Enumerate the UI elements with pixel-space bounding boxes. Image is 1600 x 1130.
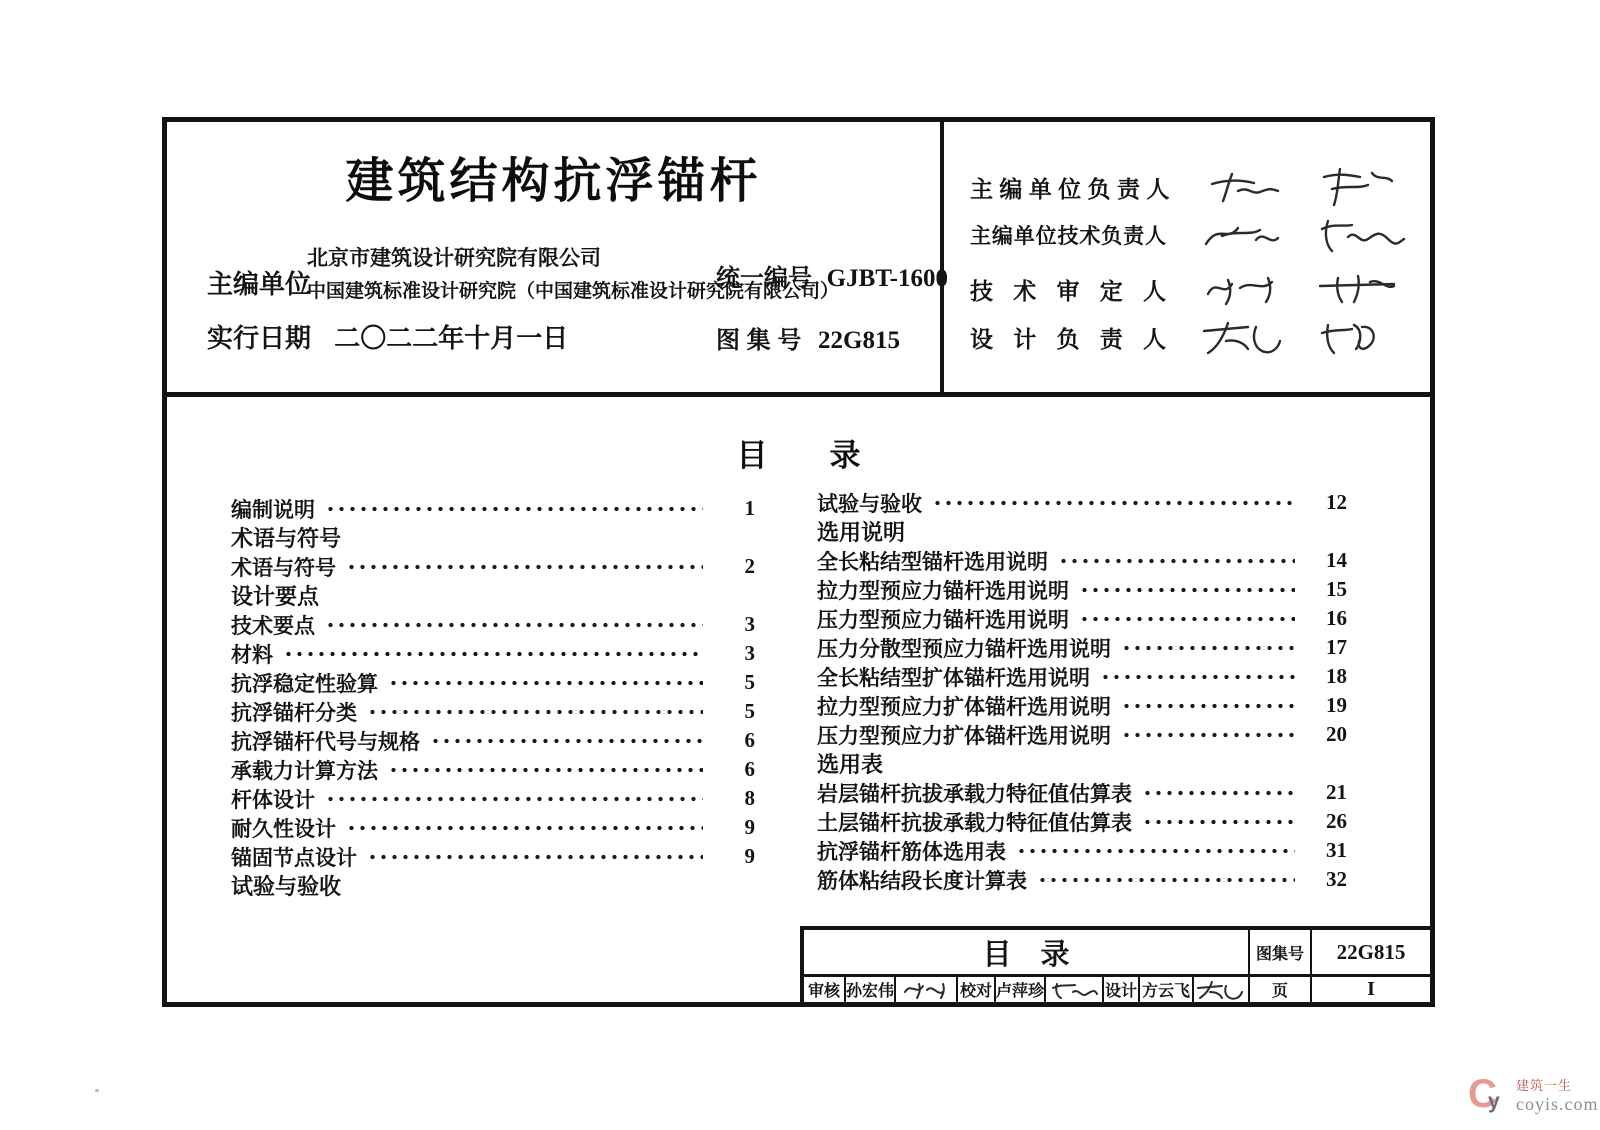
atlas-number-label: 图 集 号 (716, 327, 801, 354)
toc-entry-label: 拉力型预应力扩体锚杆选用说明 (817, 691, 1111, 721)
toc-entry-page: 18 (1303, 664, 1347, 689)
toc-entry-label: 土层锚杆抗拔承载力特征值估算表 (817, 807, 1132, 837)
dot-leader (325, 494, 703, 523)
toc-entry: 术语与符号 (231, 523, 755, 552)
signature-scribble (1314, 165, 1400, 209)
signature-row-design-lead: 设 计 负 责 人 (970, 316, 1384, 358)
toc-entry: 设计要点 (231, 581, 755, 610)
toc-entry-page: 31 (1303, 838, 1347, 863)
toc-column-right: 试验与验收 12 选用说明 全长粘结型锚杆选用说明 14 拉力型预应力锚杆选用说… (817, 488, 1347, 894)
toc-column-left: 编制说明 1 术语与符号 术语与符号 2 设计要点 技术要点 3 材料 (231, 494, 755, 900)
dot-leader (1100, 662, 1295, 691)
watermark-site: coyis.com (1516, 1094, 1599, 1115)
toc-entry-label: 试验与验收 (231, 870, 341, 901)
signature-row-label: 设 计 负 责 人 (970, 321, 1166, 354)
effective-date-row: 实行日期 二〇二二年十月一日 (207, 318, 568, 355)
toc-entry-page: 32 (1303, 867, 1347, 892)
dot-leader (1142, 807, 1295, 836)
dot-leader (367, 697, 703, 726)
signature-scribble (1198, 270, 1290, 308)
toc-entry-label: 全长粘结型扩体锚杆选用说明 (817, 662, 1090, 692)
toc-entry-page: 1 (711, 496, 755, 521)
dot-leader (1016, 836, 1295, 865)
signature-scribble (1198, 317, 1290, 357)
dot-leader (283, 639, 703, 668)
toc-entry: 拉力型预应力扩体锚杆选用说明 19 (817, 691, 1347, 720)
editor-unit-label: 主编单位 (207, 264, 311, 301)
dot-leader (325, 784, 703, 813)
toc-entry: 拉力型预应力锚杆选用说明 15 (817, 575, 1347, 604)
toc-entry: 土层锚杆抗拔承载力特征值估算表 26 (817, 807, 1347, 836)
dot-leader (346, 552, 703, 581)
toc-entry-page: 17 (1303, 635, 1347, 660)
toc-entry: 杆体设计 8 (231, 784, 755, 813)
page-number: I (1312, 977, 1430, 1002)
toc-entry: 抗浮稳定性验算 5 (231, 668, 755, 697)
signature-row-chief: 主 编 单 位 负 责 人 (970, 166, 1400, 208)
dot-leader (1121, 691, 1295, 720)
signature-row-chief-tech: 主编单位技术负责人 (970, 214, 1410, 256)
dot-leader (388, 668, 703, 697)
toc-entry: 耐久性设计 9 (231, 813, 755, 842)
toc-entry-label: 选用表 (817, 748, 883, 779)
toc-entry-page: 5 (711, 670, 755, 695)
scan-speck (95, 1089, 99, 1092)
toc-title: 目 录 (167, 430, 1430, 475)
toc-entry-label: 全长粘结型锚杆选用说明 (817, 546, 1048, 576)
toc-entry: 全长粘结型锚杆选用说明 14 (817, 546, 1347, 575)
signature-row-tech-approver: 技 术 审 定 人 (970, 268, 1400, 310)
atlas-number-value: 22G815 (818, 327, 900, 354)
toc-entry-label: 承载力计算方法 (231, 755, 378, 785)
signature-scribble (1314, 317, 1384, 357)
toc-entry-page: 19 (1303, 693, 1347, 718)
toc-entry-page: 15 (1303, 577, 1347, 602)
toc-entry-label: 选用说明 (817, 516, 905, 547)
title-block-row-bottom: 审核 孙宏伟 校对 卢萍珍 设计 方云飞 页 I (804, 977, 1430, 1002)
effective-date-label: 实行日期 (207, 323, 311, 353)
dot-leader (430, 726, 703, 755)
toc-entry-page: 5 (711, 699, 755, 724)
toc-entry-label: 锚固节点设计 (231, 842, 357, 872)
signature-scribble (1049, 980, 1099, 1000)
toc-entry-label: 材料 (231, 639, 273, 669)
toc-entry-page: 12 (1303, 490, 1347, 515)
designer-name: 方云飞 (1140, 977, 1194, 1002)
drawing-sheet: 建筑结构抗浮锚杆 主编单位 北京市建筑设计研究院有限公司 中国建筑标准设计研究院… (162, 117, 1435, 1007)
review-label: 审核 (804, 977, 846, 1002)
toc-entry: 压力型预应力锚杆选用说明 16 (817, 604, 1347, 633)
toc-entry-label: 耐久性设计 (231, 813, 336, 843)
toc-entry-page: 21 (1303, 780, 1347, 805)
toc-entry-page: 20 (1303, 722, 1347, 747)
toc-entry-label: 编制说明 (231, 494, 315, 524)
toc-entry-page: 9 (711, 844, 755, 869)
proof-label: 校对 (958, 977, 996, 1002)
dot-leader (1121, 720, 1295, 749)
signature-scribble (1314, 213, 1410, 257)
dot-leader (388, 755, 703, 784)
proofreader-name: 卢萍珍 (996, 977, 1046, 1002)
watermark-slogan: 建筑一生 (1516, 1075, 1599, 1094)
reviewer-name: 孙宏伟 (846, 977, 896, 1002)
toc-entry: 试验与验收 12 (817, 488, 1347, 517)
design-label: 设计 (1104, 977, 1140, 1002)
unified-number-value: GJBT-1600 (827, 265, 948, 292)
toc-entry-label: 压力分散型预应力锚杆选用说明 (817, 633, 1111, 663)
signature-scribble (1198, 168, 1290, 206)
title-block: 目 录 图集号 22G815 审核 孙宏伟 校对 卢萍珍 设计 方云飞 (800, 926, 1430, 1002)
signature-scribble (1196, 980, 1246, 1000)
toc-entry-label: 抗浮稳定性验算 (231, 668, 378, 698)
dot-leader (1058, 546, 1295, 575)
toc-entry-label: 抗浮锚杆筋体选用表 (817, 836, 1006, 866)
toc-entry: 岩层锚杆抗拔承载力特征值估算表 21 (817, 778, 1347, 807)
designer-signature (1194, 977, 1250, 1002)
toc-entry: 抗浮锚杆分类 5 (231, 697, 755, 726)
dot-leader (1037, 865, 1295, 894)
toc-entry-page: 6 (711, 728, 755, 753)
toc-entry-label: 杆体设计 (231, 784, 315, 814)
dot-leader (1079, 604, 1295, 633)
signature-scribble (899, 980, 953, 1000)
unified-number-label: 统一编号 (716, 265, 812, 292)
toc-entry-label: 岩层锚杆抗拔承载力特征值估算表 (817, 778, 1132, 808)
title-block-row-top: 目 录 图集号 22G815 (804, 930, 1430, 977)
dot-leader (325, 610, 703, 639)
effective-date-value: 二〇二二年十月一日 (334, 323, 568, 353)
toc-entry-page: 2 (711, 554, 755, 579)
atlas-title: 建筑结构抗浮锚杆 (167, 142, 940, 211)
site-watermark: C y 建筑一生 coyis.com (1468, 1072, 1599, 1118)
signature-row-label: 主 编 单 位 负 责 人 (970, 171, 1166, 204)
dot-leader (1121, 633, 1295, 662)
title-block-doc-title: 目 录 (804, 930, 1250, 974)
toc-entry: 抗浮锚杆代号与规格 6 (231, 726, 755, 755)
title-block-atlas-label: 图集号 (1250, 930, 1312, 974)
toc-entry-label: 技术要点 (231, 610, 315, 640)
signature-scribble (1314, 270, 1400, 308)
toc-entry-label: 拉力型预应力锚杆选用说明 (817, 575, 1069, 605)
toc-entry: 筋体粘结段长度计算表 32 (817, 865, 1347, 894)
sheet-header: 建筑结构抗浮锚杆 主编单位 北京市建筑设计研究院有限公司 中国建筑标准设计研究院… (167, 122, 1430, 397)
toc-entry: 材料 3 (231, 639, 755, 668)
atlas-number-row: 图 集 号 22G815 (716, 320, 900, 355)
toc-entry: 编制说明 1 (231, 494, 755, 523)
signature-scribble (1198, 216, 1290, 254)
reviewer-signature (896, 977, 958, 1002)
toc-entry-page: 16 (1303, 606, 1347, 631)
toc-entry-label: 设计要点 (231, 580, 319, 611)
toc-entry-label: 术语与符号 (231, 522, 341, 553)
toc-entry-page: 8 (711, 786, 755, 811)
toc-entry-page: 3 (711, 641, 755, 666)
toc-entry-page: 14 (1303, 548, 1347, 573)
signature-row-label: 技 术 审 定 人 (970, 273, 1166, 306)
watermark-text: 建筑一生 coyis.com (1516, 1075, 1599, 1115)
title-block-atlas-number: 22G815 (1312, 930, 1430, 974)
signature-row-label: 主编单位技术负责人 (970, 220, 1166, 250)
toc-entry-label: 压力型预应力锚杆选用说明 (817, 604, 1069, 634)
toc-entry: 选用表 (817, 749, 1347, 778)
dot-leader (932, 488, 1295, 517)
toc-entry: 技术要点 3 (231, 610, 755, 639)
header-title-panel: 建筑结构抗浮锚杆 主编单位 北京市建筑设计研究院有限公司 中国建筑标准设计研究院… (167, 122, 944, 392)
toc-entry: 术语与符号 2 (231, 552, 755, 581)
toc-entry: 承载力计算方法 6 (231, 755, 755, 784)
toc-entry-page: 3 (711, 612, 755, 637)
toc-entry: 锚固节点设计 9 (231, 842, 755, 871)
toc-entry: 压力型预应力扩体锚杆选用说明 20 (817, 720, 1347, 749)
dot-leader (1142, 778, 1295, 807)
toc-entry-page: 26 (1303, 809, 1347, 834)
toc-entry: 抗浮锚杆筋体选用表 31 (817, 836, 1347, 865)
dot-leader (367, 842, 703, 871)
toc-entry-label: 术语与符号 (231, 552, 336, 582)
proofreader-signature (1046, 977, 1104, 1002)
toc-entry: 压力分散型预应力锚杆选用说明 17 (817, 633, 1347, 662)
toc-entry-label: 抗浮锚杆代号与规格 (231, 726, 420, 756)
toc-entry-label: 压力型预应力扩体锚杆选用说明 (817, 720, 1111, 750)
toc-entry-page: 6 (711, 757, 755, 782)
toc-entry: 全长粘结型扩体锚杆选用说明 18 (817, 662, 1347, 691)
toc-entry-label: 筋体粘结段长度计算表 (817, 865, 1027, 895)
page-label: 页 (1250, 977, 1312, 1002)
dot-leader (1079, 575, 1295, 604)
watermark-logo-y: y (1488, 1090, 1500, 1114)
toc-entry-label: 抗浮锚杆分类 (231, 697, 357, 727)
unified-number-row: 统一编号 GJBT-1600 (716, 258, 948, 293)
signature-panel: 主 编 单 位 负 责 人 主编单位技术负责人 技 术 审 定 人 (944, 122, 1430, 392)
toc-entry: 试验与验收 (231, 871, 755, 900)
watermark-logo: C y (1468, 1072, 1512, 1118)
toc-entry: 选用说明 (817, 517, 1347, 546)
dot-leader (346, 813, 703, 842)
toc-entry-page: 9 (711, 815, 755, 840)
toc-entry-label: 试验与验收 (817, 488, 922, 518)
